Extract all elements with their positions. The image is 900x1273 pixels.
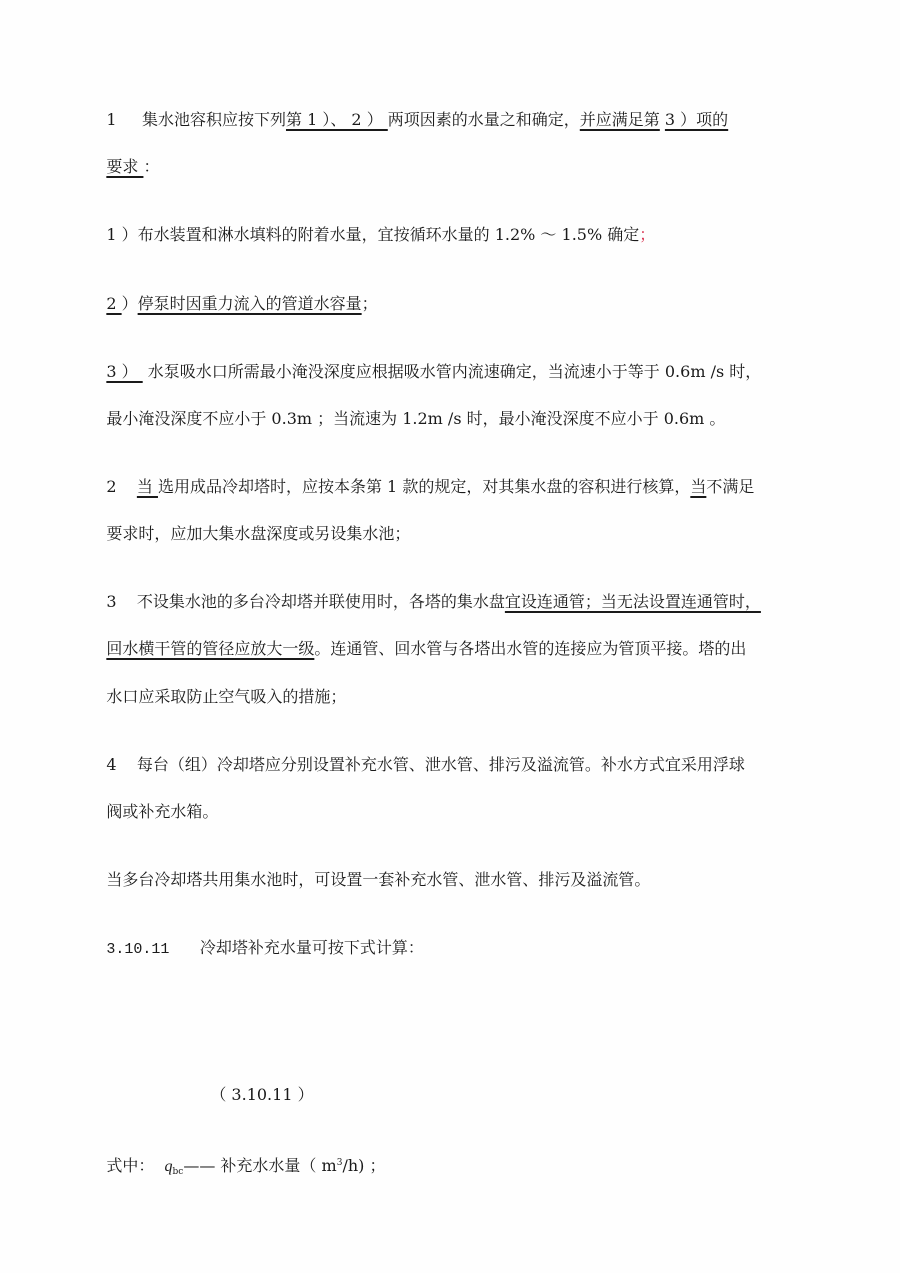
text: 选用成品冷却塔时，应按本条第 1 款的规定，对其集水盘的容积进行核算， [158, 477, 690, 496]
item3-line3: 水口应采取防止空气吸入的措施； [86, 664, 346, 686]
item1-line1: 1 集水池容积应按下列第 1 ）、 2 ） 两项因素的水量之和确定，并应满足第 … [86, 87, 728, 109]
text: 。连通管、回水管与各塔出水管的连接应为管顶平接。塔的出 [314, 639, 746, 658]
document-page: 1 集水池容积应按下列第 1 ）、 2 ） 两项因素的水量之和确定，并应满足第 … [0, 0, 900, 1273]
underlined-text: 宜设连通管；当无法设置连通管时， [505, 592, 761, 611]
where-clause: 式中： qbc—— 补充水水量（ m3/h) ； [86, 1130, 385, 1152]
text: 最小淹没深度不应小于 0.3m ；当流速为 1.2m /s 时，最小淹没深度不应… [106, 409, 725, 428]
underlined-text: 要求 [106, 157, 143, 176]
item-number: 1 [106, 110, 116, 129]
text: 不设集水池的多台冷却塔并联使用时，各塔的集水盘 [137, 592, 505, 611]
item2-line1: 2 当 选用成品冷却塔时，应按本条第 1 款的规定，对其集水盘的容积进行核算，当… [86, 454, 754, 476]
underlined-text: 回水横干管的管径应放大一级 [106, 639, 314, 658]
subitem-1: 1 ）布水装置和淋水填料的附着水量，宜按循环水量的 1.2% ～ 1.5% 确定… [86, 202, 655, 224]
underlined-text: 第 1 ）、 2 ） [286, 110, 388, 129]
text: 每台（组）冷却塔应分别设置补充水管、泄水管、排污及溢流管。补水方式宜采用浮球 [137, 755, 745, 774]
underlined-number: 2 [106, 294, 121, 313]
item3-line2: 回水横干管的管径应放大一级。连通管、回水管与各塔出水管的连接应为管顶平接。塔的出 [86, 616, 746, 638]
text: 水泵吸水口所需最小淹没深度应根据吸水管内流速确定，当流速小于等于 0.6m /s… [143, 362, 762, 381]
text: 冷却塔补充水量可按下式计算： [200, 938, 424, 957]
subitem-3-line2: 最小淹没深度不应小于 0.3m ；当流速为 1.2m /s 时，最小淹没深度不应… [86, 386, 725, 408]
where-prefix: 式中： [106, 1156, 154, 1175]
text: 要求时，应加大集水盘深度或另设集水池； [106, 524, 410, 543]
subitem-2: 2 ）停泵时因重力流入的管道水容量； [86, 271, 378, 293]
text: 不满足 [706, 477, 754, 496]
text: ） [122, 294, 138, 313]
text: 水口应采取防止空气吸入的措施； [106, 687, 346, 706]
text: 两项因素的水量之和确定， [388, 110, 580, 129]
underlined-number: 3 ） [106, 362, 142, 381]
subitem-3-line1: 3 ） 水泵吸水口所需最小淹没深度应根据吸水管内流速确定，当流速小于等于 0.6… [86, 339, 761, 361]
text: ； [362, 294, 378, 313]
item4-line1: 4 每台（组）冷却塔应分别设置补充水管、泄水管、排污及溢流管。补水方式宜采用浮球 [86, 732, 745, 754]
note-paragraph: 当多台冷却塔共用集水池时，可设置一套补充水管、泄水管、排污及溢流管。 [86, 847, 650, 869]
item-number: 2 [106, 477, 116, 496]
red-semicolon: ； [639, 225, 655, 244]
clause-number: 3.10.11 [106, 941, 169, 958]
equation-label: （ 3.10.11 ） [190, 1062, 314, 1084]
text: 阀或补充水箱。 [106, 802, 218, 821]
text: 补充水水量（ m [215, 1156, 336, 1175]
item3-line1: 3 不设集水池的多台冷却塔并联使用时，各塔的集水盘宜设连通管；当无法设置连通管时… [86, 569, 761, 591]
symbol-subscript: bc [173, 1167, 184, 1177]
item2-line2: 要求时，应加大集水盘深度或另设集水池； [86, 501, 410, 523]
underlined-text: 并应满足第 [580, 110, 660, 129]
clause-heading: 3.10.11 冷却塔补充水量可按下式计算： [86, 915, 424, 937]
dash: —— [183, 1156, 215, 1175]
text: ： [143, 157, 159, 176]
equation-number: （ 3.10.11 ） [210, 1085, 313, 1104]
text: 集水池容积应按下列 [142, 110, 286, 129]
item1-line2: 要求 ： [86, 134, 159, 156]
underlined-text: 停泵时因重力流入的管道水容量 [138, 294, 362, 313]
underlined-text: 3 ）项的 [665, 110, 728, 129]
text: 1 ）布水装置和淋水填料的附着水量，宜按循环水量的 1.2% ～ 1.5% 确定 [106, 225, 639, 244]
item-number: 4 [106, 755, 116, 774]
underlined-text: 当 [137, 477, 158, 496]
underlined-text: 当 [690, 477, 706, 496]
text: 当多台冷却塔共用集水池时，可设置一套补充水管、泄水管、排污及溢流管。 [106, 870, 650, 889]
item4-line2: 阀或补充水箱。 [86, 779, 218, 801]
item-number: 3 [106, 592, 116, 611]
text: /h) ； [342, 1156, 385, 1175]
symbol-q: q [165, 1158, 173, 1175]
